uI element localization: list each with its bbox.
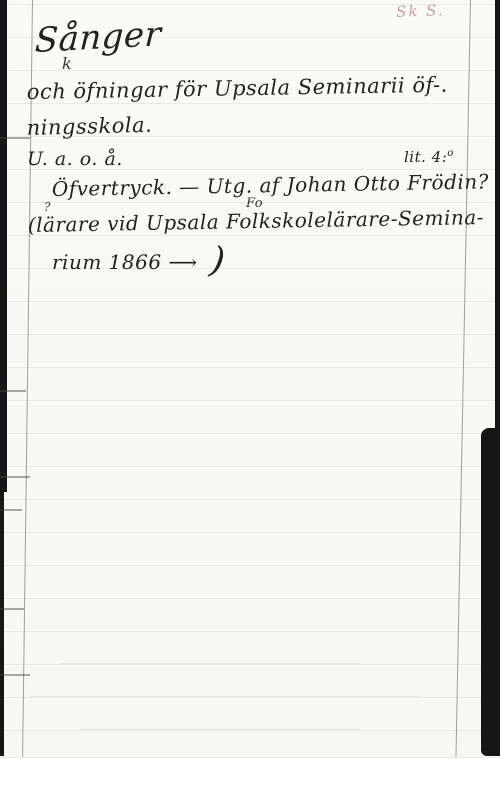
title-line: Sånger xyxy=(34,17,162,58)
insertion-k: k xyxy=(62,56,72,72)
format-label: lit. 4: xyxy=(404,148,447,166)
ruled-line-segment xyxy=(30,696,420,697)
ruled-line-segment xyxy=(0,476,30,478)
shelf-stamp: Sk S. xyxy=(396,1,445,21)
format-note: lit. 4:o xyxy=(404,149,453,165)
format-superscript: o xyxy=(447,148,453,159)
scanned-catalog-card-page: Sk S. Sånger k och öfningar för Upsala S… xyxy=(0,0,500,800)
ruled-line-segment xyxy=(80,729,360,730)
ruled-line-segment xyxy=(60,663,360,664)
ruled-line-segment xyxy=(0,509,22,511)
ruled-line-segment xyxy=(0,674,30,676)
ruled-line-segment xyxy=(0,137,30,139)
ruled-line-segment xyxy=(0,608,24,610)
scan-border-left-upper xyxy=(0,0,7,492)
card-paper xyxy=(0,0,500,758)
scan-border-right-upper xyxy=(495,0,500,432)
ruled-line-segment xyxy=(0,390,26,392)
scan-border-right-lower xyxy=(481,428,500,756)
insertion-question-mark: ? xyxy=(44,201,51,213)
note-line-3: rium 1866 ⟶ xyxy=(52,252,198,272)
edition-statement: U. a. o. å. xyxy=(27,150,123,169)
subtitle-line-2: ningsskola. xyxy=(26,115,152,139)
scan-border-left-lower xyxy=(0,492,4,756)
